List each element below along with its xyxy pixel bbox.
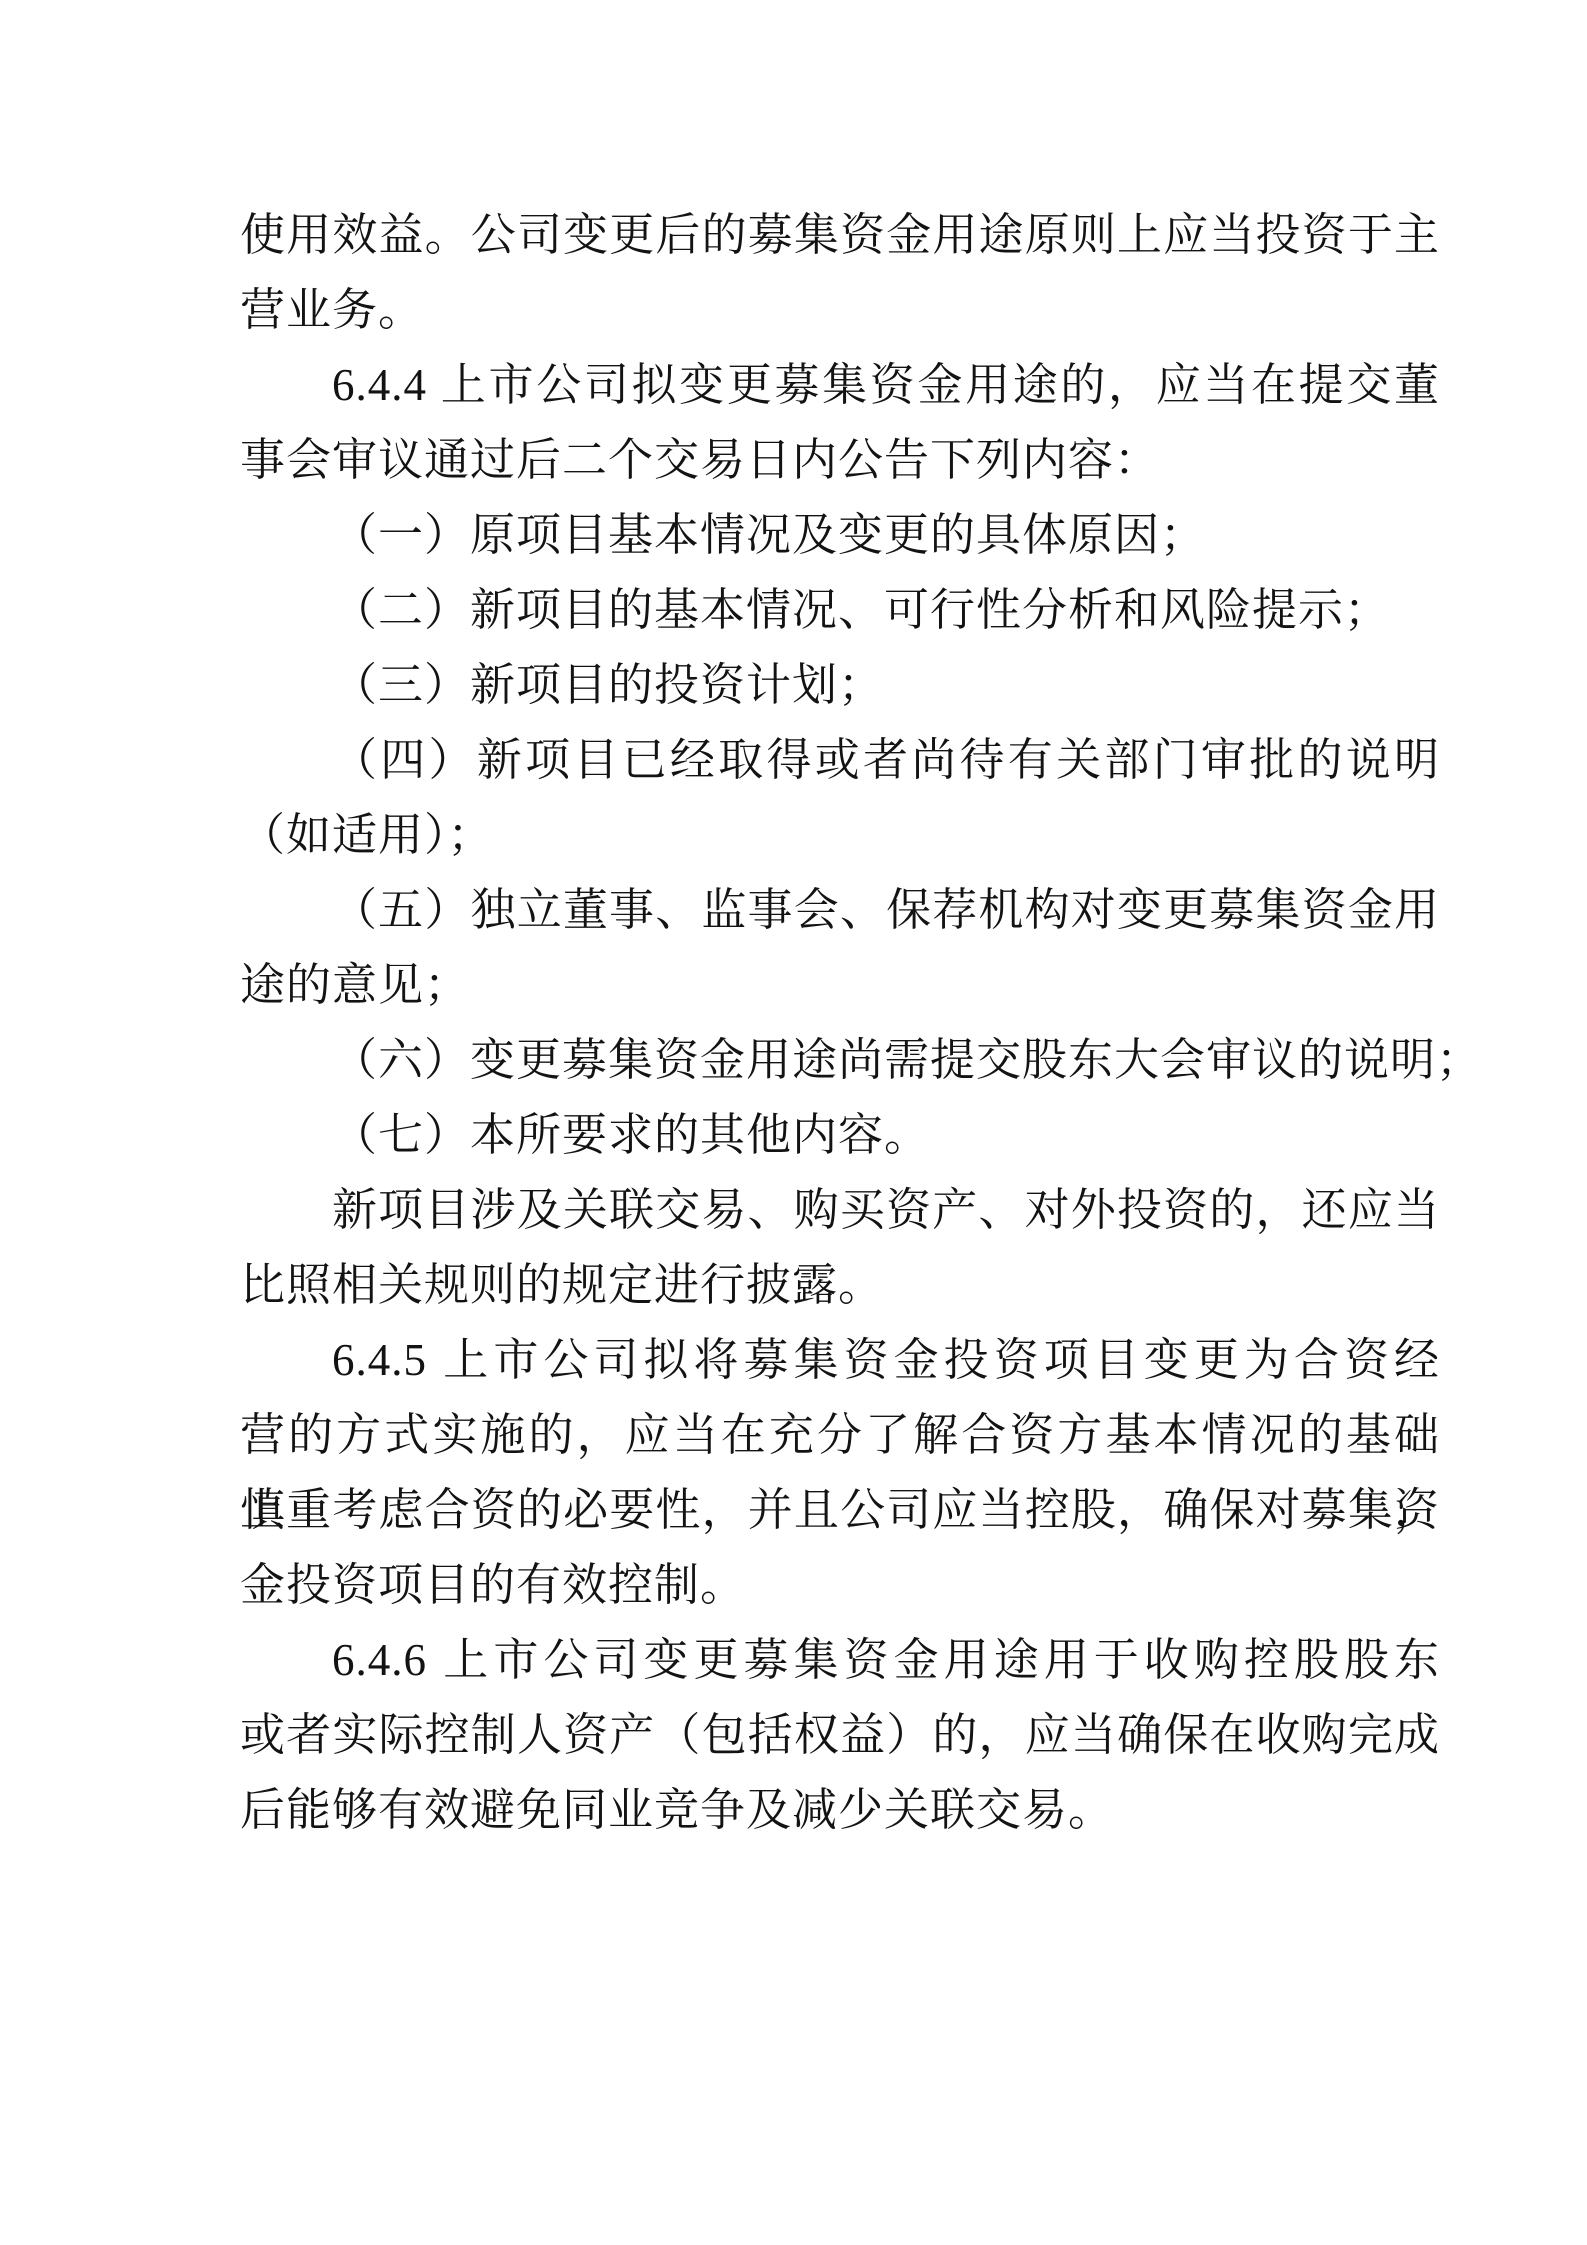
text-line-item-1: （一）原项目基本情况及变更的具体原因； [240, 498, 1440, 573]
text-line-section-6-4-6: 6.4.6 上市公司变更募集资金用途用于收购控股股东 [240, 1623, 1440, 1698]
text-line-item-2: （二）新项目的基本情况、可行性分析和风险提示； [240, 573, 1440, 648]
text-line-item-6: （六）变更募集资金用途尚需提交股东大会审议的说明； [240, 1023, 1440, 1098]
text-line-item-5: （五）独立董事、监事会、保荐机构对变更募集资金用 [240, 873, 1440, 948]
text-line: 慎重考虑合资的必要性，并且公司应当控股，确保对募集资 [240, 1473, 1440, 1548]
text-line-item-7: （七）本所要求的其他内容。 [240, 1098, 1440, 1173]
text-line-item-4: （四）新项目已经取得或者尚待有关部门审批的说明 [240, 723, 1440, 798]
text-line-section-6-4-4: 6.4.4 上市公司拟变更募集资金用途的，应当在提交董 [240, 348, 1440, 423]
text-line: 营业务。 [240, 273, 1440, 348]
document-text-block: 使用效益。公司变更后的募集资金用途原则上应当投资于主 营业务。 6.4.4 上市… [240, 198, 1440, 1848]
text-line: 或者实际控制人资产（包括权益）的，应当确保在收购完成 [240, 1698, 1440, 1773]
text-line: 金投资项目的有效控制。 [240, 1548, 1440, 1623]
text-line: （如适用）； [240, 798, 1440, 873]
text-line: 比照相关规则的规定进行披露。 [240, 1248, 1440, 1323]
text-line-section-6-4-5: 6.4.5 上市公司拟将募集资金投资项目变更为合资经 [240, 1323, 1440, 1398]
text-line-item-3: （三）新项目的投资计划； [240, 648, 1440, 723]
document-page: 使用效益。公司变更后的募集资金用途原则上应当投资于主 营业务。 6.4.4 上市… [0, 0, 1587, 2245]
text-line: 事会审议通过后二个交易日内公告下列内容： [240, 423, 1440, 498]
text-line: 营的方式实施的，应当在充分了解合资方基本情况的基础上， [240, 1398, 1440, 1473]
text-line: 途的意见； [240, 948, 1440, 1023]
text-line: 使用效益。公司变更后的募集资金用途原则上应当投资于主 [240, 198, 1440, 273]
text-line: 后能够有效避免同业竞争及减少关联交易。 [240, 1773, 1440, 1848]
text-line: 新项目涉及关联交易、购买资产、对外投资的，还应当 [240, 1173, 1440, 1248]
